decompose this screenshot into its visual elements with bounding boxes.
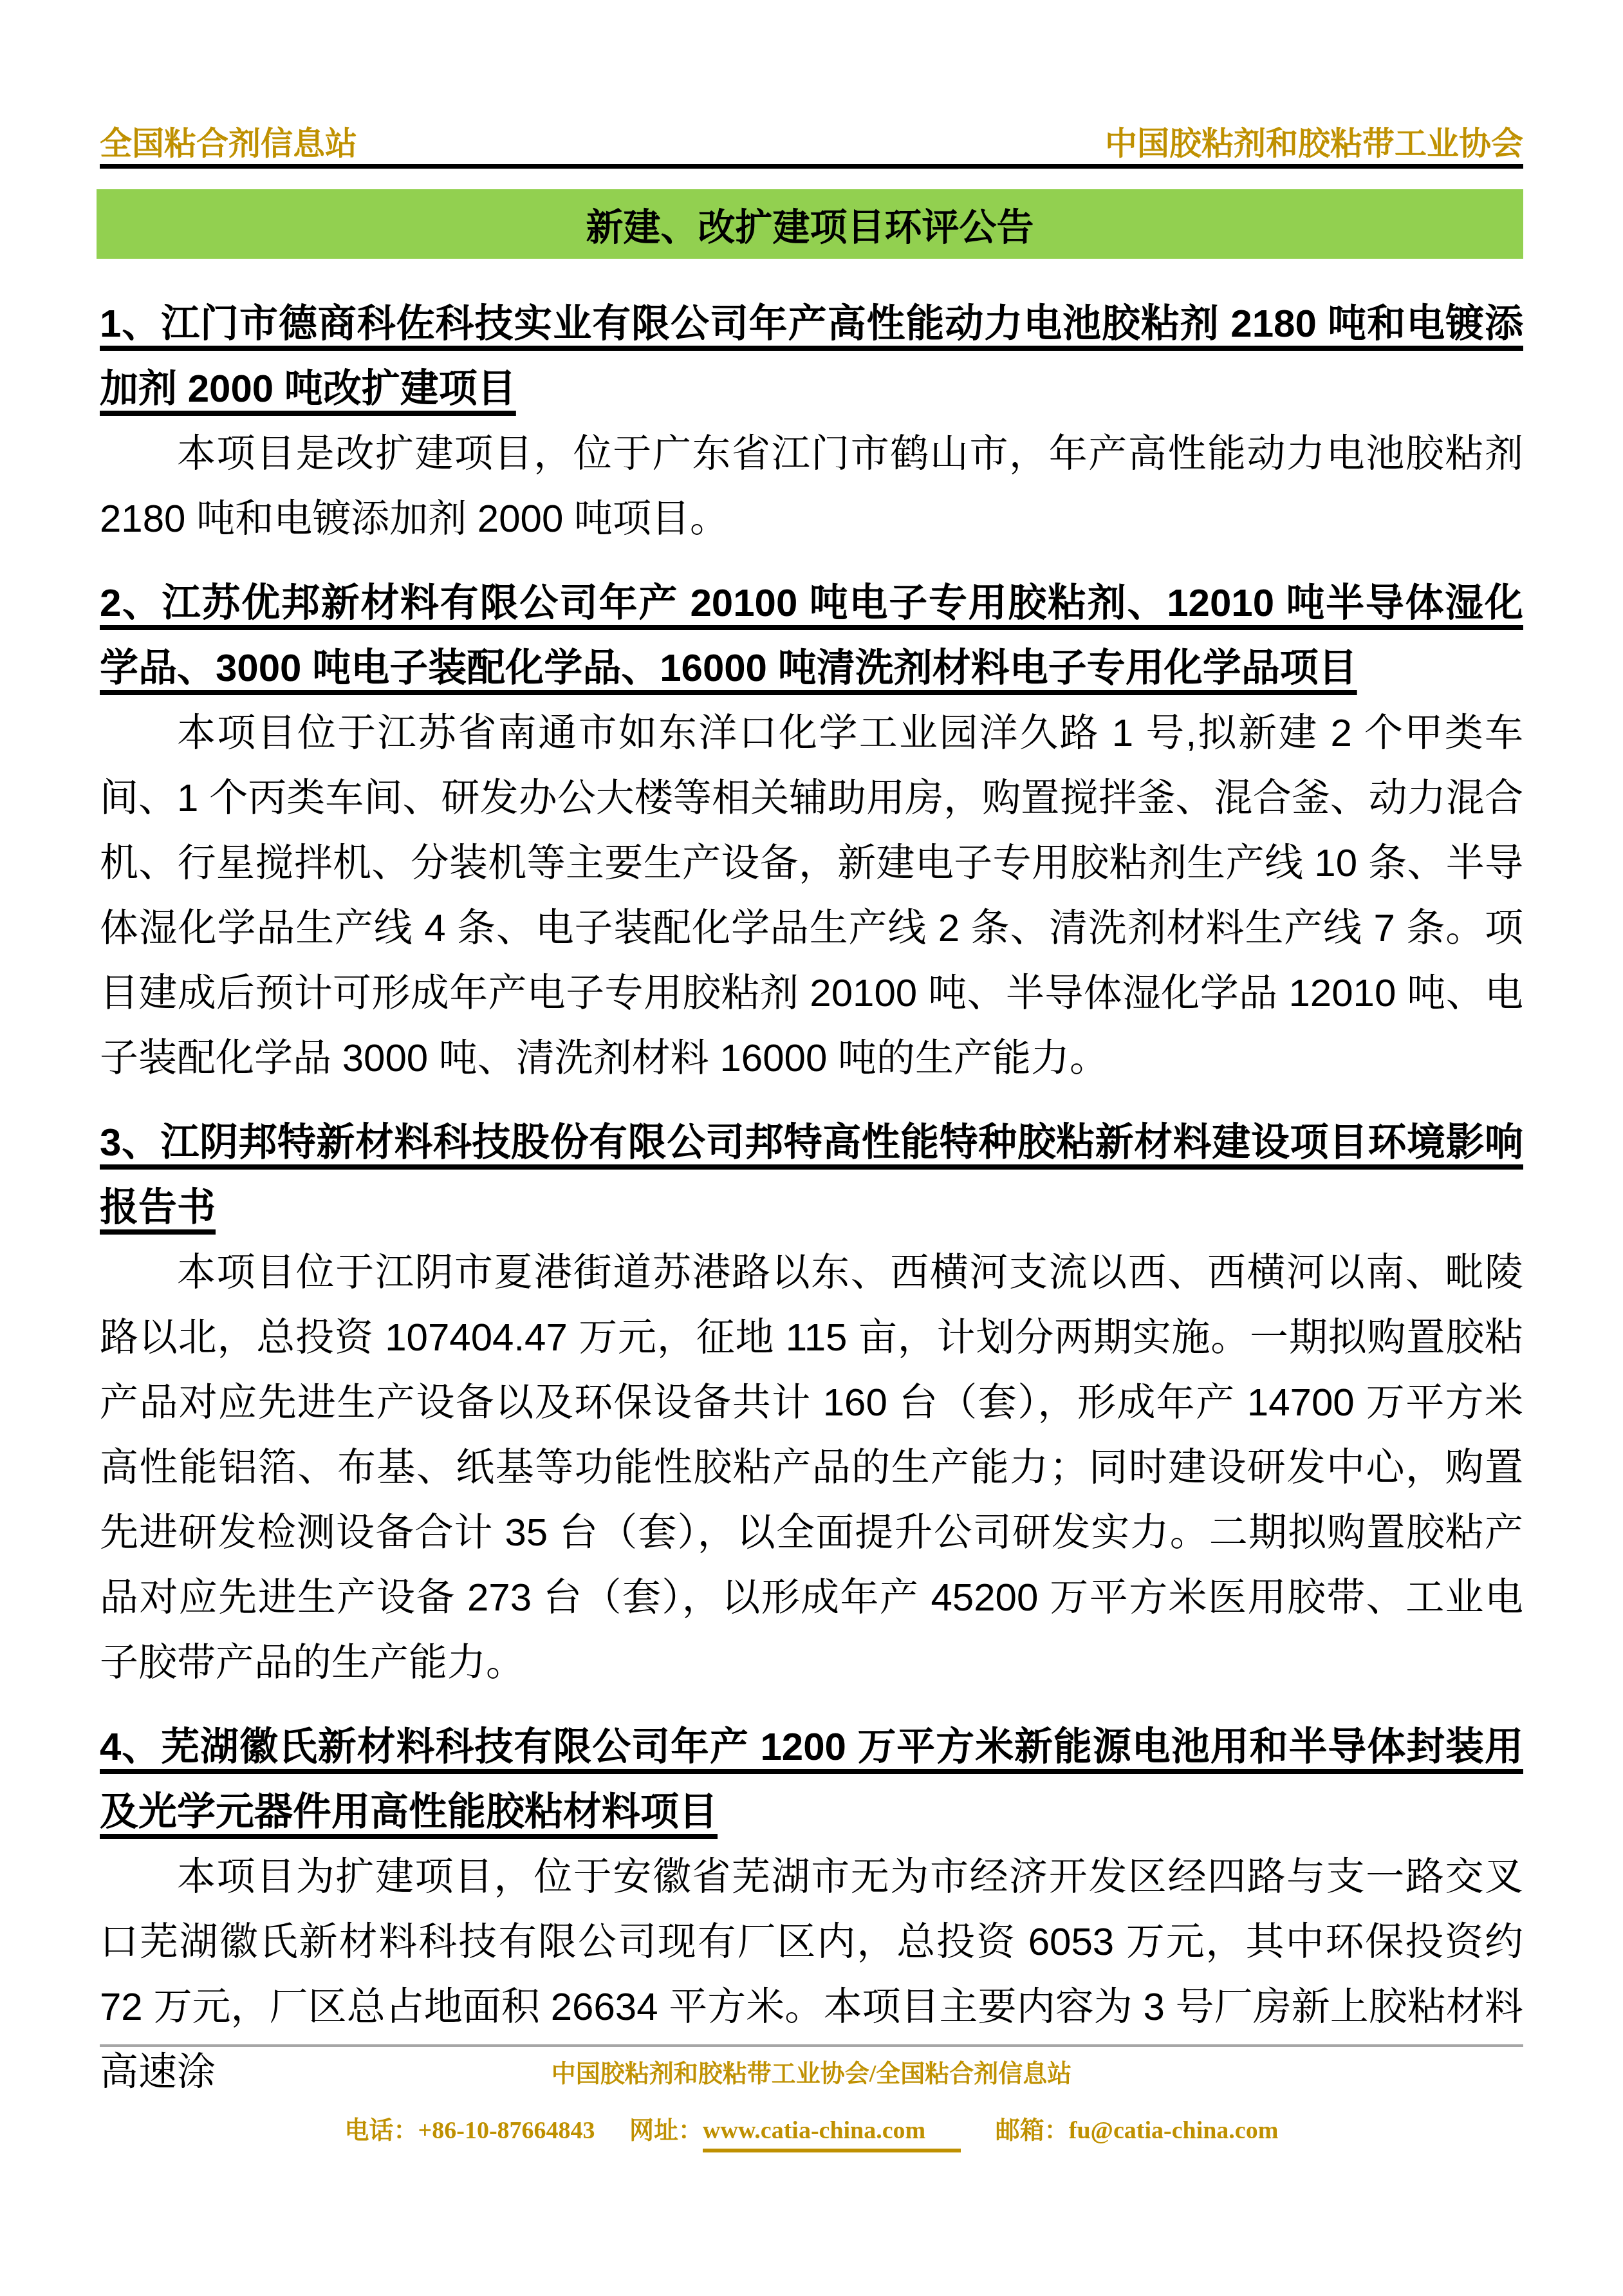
banner-title: 新建、改扩建项目环评公告 [586,197,1034,251]
title-banner: 新建、改扩建项目环评公告 [97,189,1523,259]
project-section-3: 3、江阴邦特新材料科技股份有限公司邦特高性能特种胶粘新材料建设项目环境影响报告书… [100,1110,1523,1695]
page-footer: 中国胶粘剂和胶粘带工业协会/全国粘合剂信息站 电话：+86-10-8766484… [100,2044,1523,2152]
association-name: 中国胶粘剂和胶粘带工业协会 [1105,118,1523,164]
footer-contact-line: 电话：+86-10-87664843 网址：www.catia-china.co… [100,2115,1523,2152]
project-section-2: 2、江苏优邦新材料有限公司年产 20100 吨电子专用胶粘剂、12010 吨半导… [100,570,1523,1090]
phone-label: 电话： [345,2117,418,2144]
project-3-body: 本项目位于江阴市夏港街道苏港路以东、西横河支流以西、西横河以南、毗陵路以北，总投… [100,1240,1523,1695]
footer-divider [100,2044,1523,2047]
header-divider [100,164,1523,169]
website-link[interactable]: www.catia-china.com [703,2115,961,2152]
project-2-heading: 2、江苏优邦新材料有限公司年产 20100 吨电子专用胶粘剂、12010 吨半导… [100,570,1523,700]
site-name: 全国粘合剂信息站 [100,118,357,164]
project-1-heading: 1、江门市德商科佐科技实业有限公司年产高性能动力电池胶粘剂 2180 吨和电镀添… [100,291,1523,421]
project-1-body: 本项目是改扩建项目，位于广东省江门市鹤山市，年产高性能动力电池胶粘剂 2180 … [100,421,1523,551]
website-label: 网址： [629,2117,703,2144]
phone-number: +86-10-87664843 [418,2117,595,2144]
email-address: fu@catia-china.com [1069,2117,1279,2144]
project-section-1: 1、江门市德商科佐科技实业有限公司年产高性能动力电池胶粘剂 2180 吨和电镀添… [100,291,1523,551]
project-2-body: 本项目位于江苏省南通市如东洋口化学工业园洋久路 1 号,拟新建 2 个甲类车间、… [100,700,1523,1090]
footer-email-group: 邮箱：fu@catia-china.com [996,2117,1279,2144]
footer-org-line: 中国胶粘剂和胶粘带工业协会/全国粘合剂信息站 [100,2058,1523,2089]
project-4-heading: 4、芜湖徽氏新材料科技有限公司年产 1200 万平方米新能源电池用和半导体封装用… [100,1714,1523,1844]
email-label: 邮箱： [996,2117,1069,2144]
document-page: 全国粘合剂信息站 中国胶粘剂和胶粘带工业协会 新建、改扩建项目环评公告 1、江门… [0,0,1623,2296]
footer-website-group: 网址：www.catia-china.com [629,2117,961,2144]
footer-phone-group: 电话：+86-10-87664843 [345,2117,595,2144]
document-content: 1、江门市德商科佐科技实业有限公司年产高性能动力电池胶粘剂 2180 吨和电镀添… [100,259,1523,2104]
masthead: 全国粘合剂信息站 中国胶粘剂和胶粘带工业协会 [100,118,1523,164]
project-3-heading: 3、江阴邦特新材料科技股份有限公司邦特高性能特种胶粘新材料建设项目环境影响报告书 [100,1110,1523,1240]
